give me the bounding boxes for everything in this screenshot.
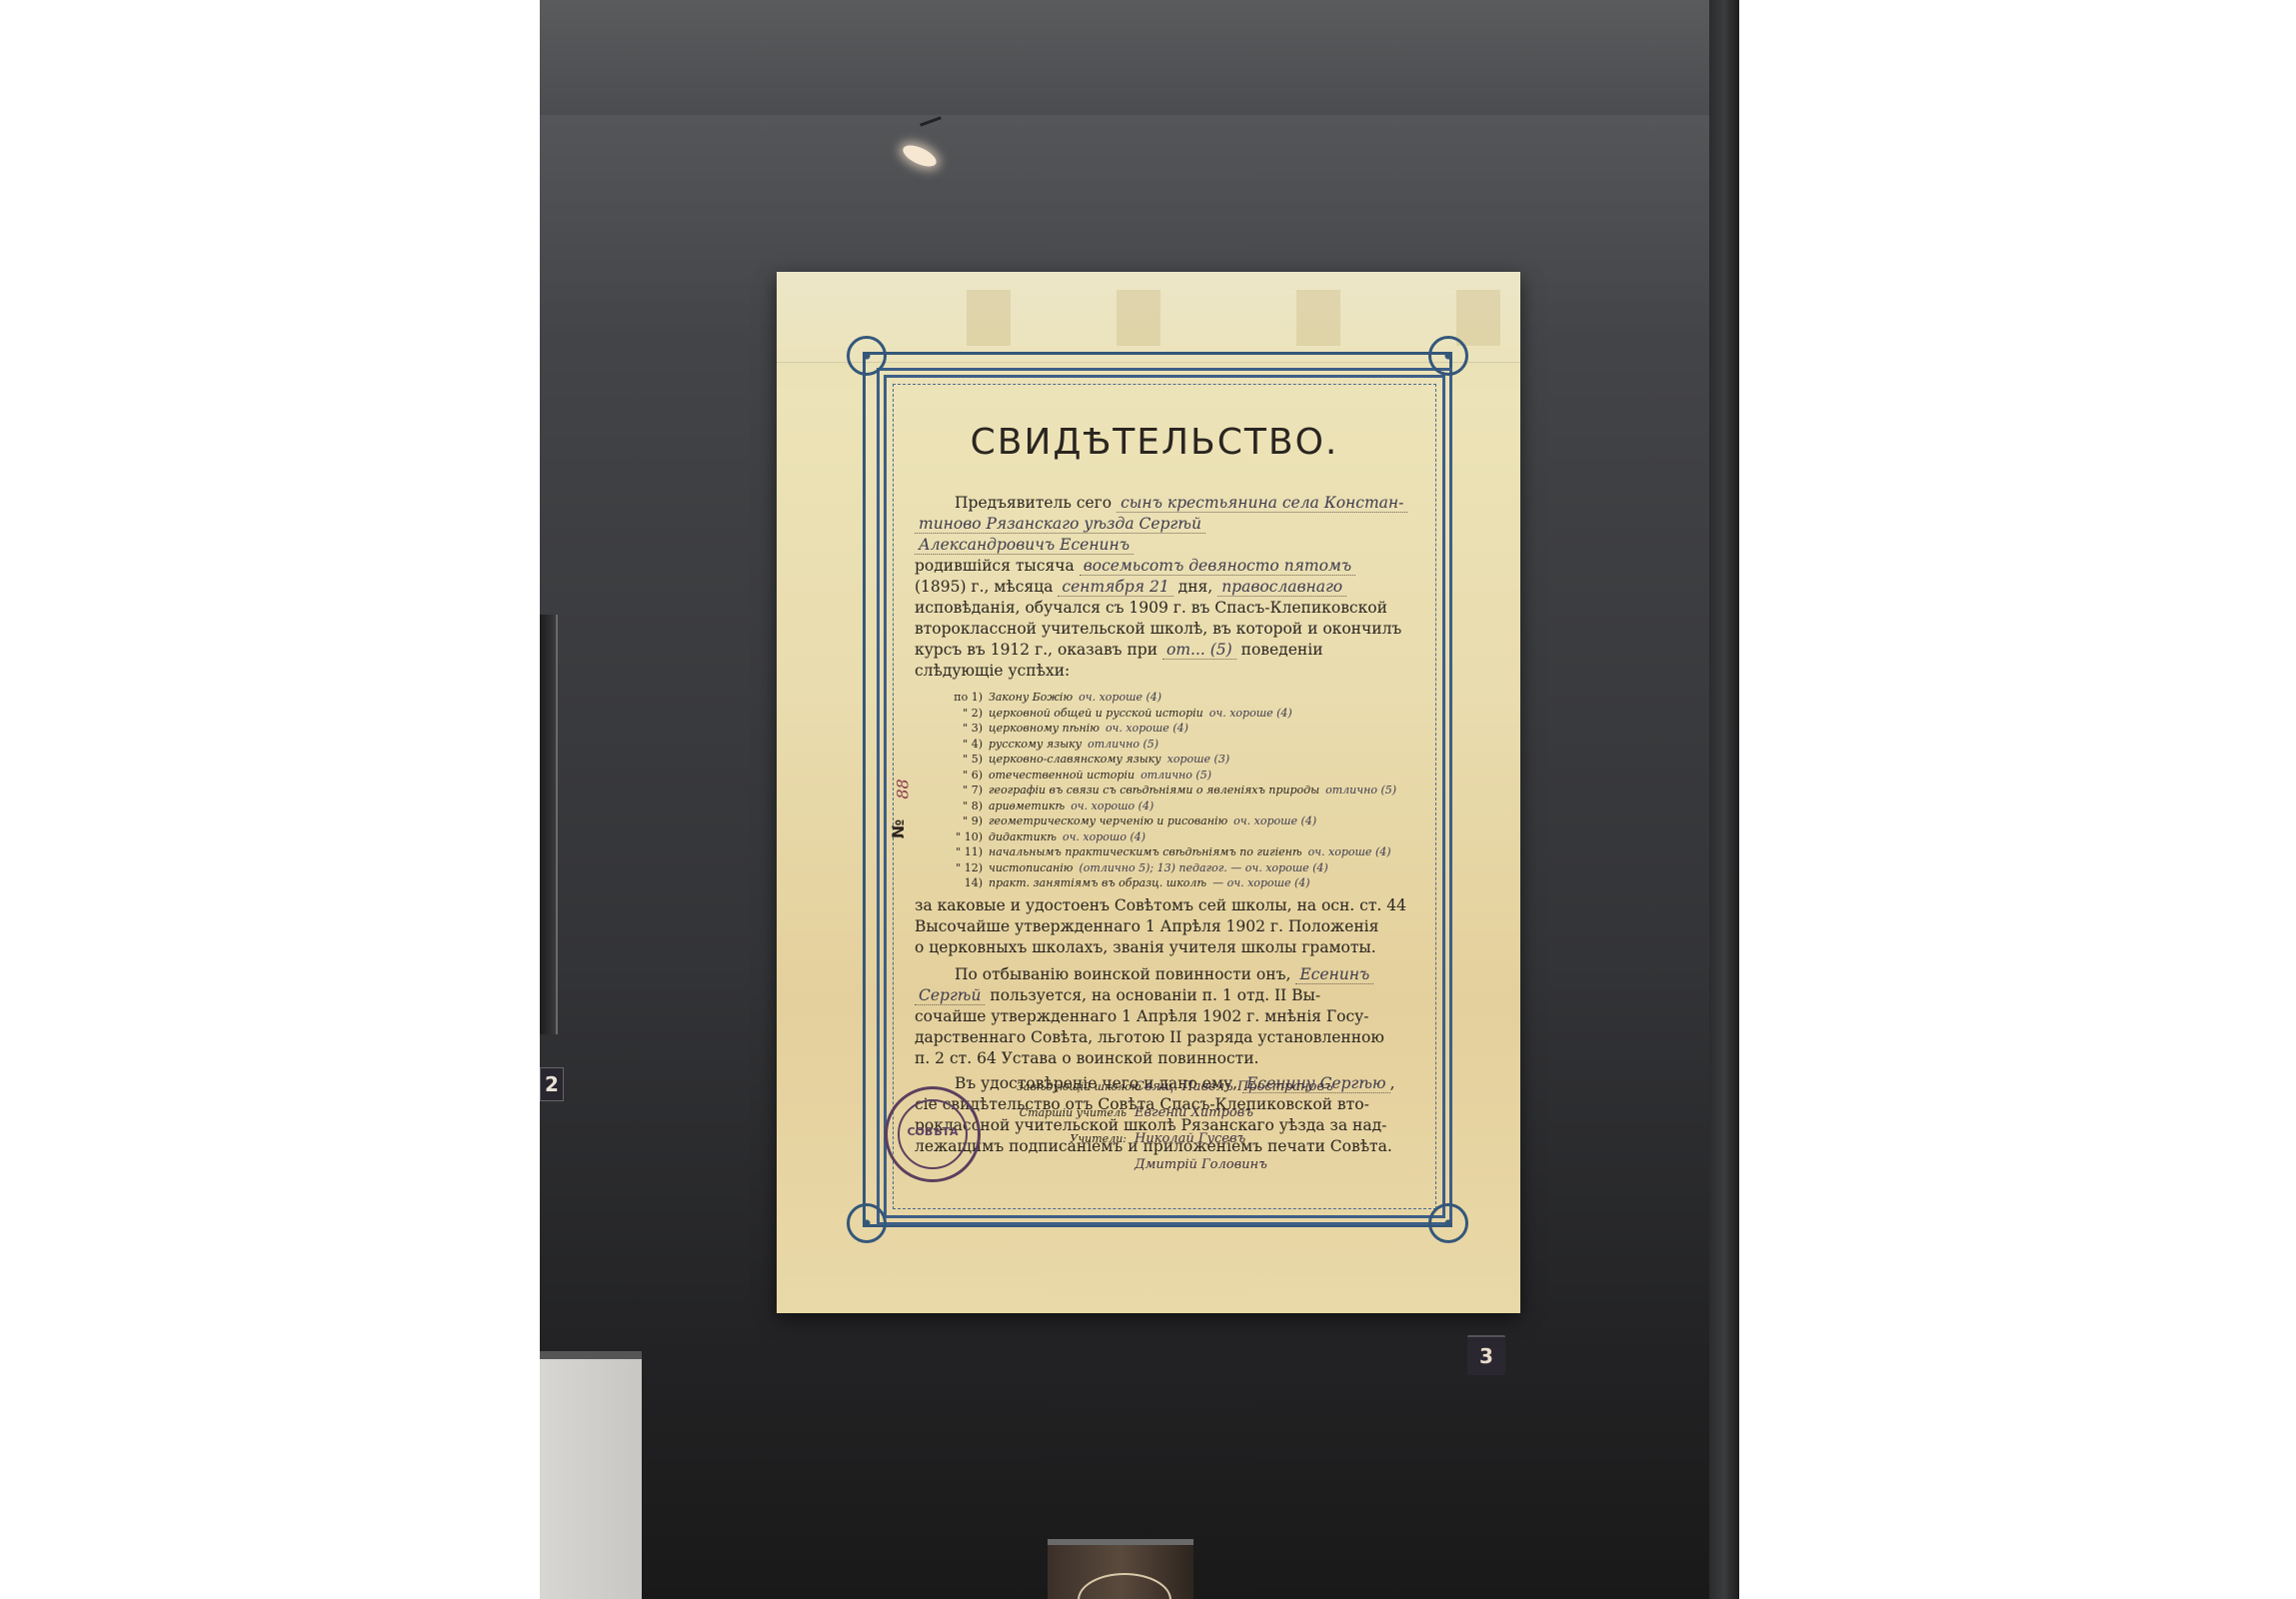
neighbor-paper-exhibit	[540, 1351, 642, 1599]
handwritten-text: православнаго	[1217, 578, 1346, 597]
certificate-document: № 88 СВИДѢТЕЛЬСТВО. Предъявитель сего сы…	[777, 272, 1520, 1313]
corner-scroll-ornament-icon	[1428, 1203, 1468, 1243]
subject-grade: оч. хороше (4)	[1100, 722, 1188, 735]
signature-row: Завѣдующій школоюСвящ. Павелъ Пространов…	[1017, 1079, 1396, 1105]
subject-grade: отлично (5)	[1082, 738, 1158, 751]
printed-text: По отбыванію воинской повинности онъ,	[955, 965, 1290, 983]
handwritten-text: от... (5)	[1162, 641, 1236, 660]
subject-row: " 8)ариѳметикѣоч. хорошо (4)	[935, 799, 1394, 814]
handwritten-text: сынъ крестьянина села Констан-	[1117, 494, 1407, 513]
corner-scroll-ornament-icon	[847, 336, 887, 376]
printed-text: пользуется, на основаніи п. 1 отд. II Вы…	[990, 986, 1320, 1004]
body-line: второклассной учительской школѣ, въ кото…	[915, 619, 1394, 640]
body-line: слѣдующіе успѣхи:	[915, 661, 1394, 682]
subject-name: географіи въ связи съ свѣдѣніями о явлен…	[983, 784, 1319, 797]
handwritten-text: тиново Рязанскаго уѣзда Сергѣй	[915, 515, 1205, 534]
subject-number: " 2)	[935, 706, 983, 722]
subject-grade: оч. хороше (4)	[1302, 845, 1391, 858]
corner-scroll-ornament-icon	[1428, 336, 1468, 376]
subject-row: " 6)отечественной исторіиотлично (5)	[935, 768, 1394, 784]
subject-name: начальнымъ практическимъ свѣдѣніямъ по г…	[983, 845, 1302, 858]
neighbor-frame-edge	[540, 615, 558, 1034]
registration-number-prefix: №	[889, 819, 908, 838]
subject-name: отечественной исторіи	[983, 769, 1135, 782]
subject-name: церковно-славянскому языку	[983, 753, 1161, 766]
subject-grade: оч. хорошо (4)	[1065, 799, 1153, 812]
mount-tape	[1117, 290, 1160, 346]
council-seal-stamp: СОВѢТА	[885, 1086, 981, 1182]
printed-text: поведеніи	[1241, 641, 1323, 659]
exhibit-number-label-2: 2	[540, 1067, 564, 1101]
body-line: По отбыванію воинской повинности онъ, Ес…	[915, 964, 1394, 985]
body-line: родившійся тысяча восемьсотъ девяносто п…	[915, 556, 1394, 577]
body-line: сочайше утвержденнаго 1 Апрѣля 1902 г. м…	[915, 1006, 1394, 1027]
handwritten-name: Александровичъ Есенинъ	[915, 536, 1134, 555]
subject-number: " 9)	[935, 813, 983, 829]
subject-row: " 12)чистописанію(отлично 5); 13) педаго…	[935, 860, 1394, 876]
subject-name: геометрическому черченію и рисованію	[983, 814, 1227, 827]
subject-number: " 10)	[935, 829, 983, 845]
handwritten-text: восемьсотъ девяносто пятомъ	[1080, 557, 1355, 576]
subject-row: " 7)географіи въ связи съ свѣдѣніями о я…	[935, 783, 1394, 799]
body-line: Высочайше утвержденнаго 1 Апрѣля 1902 г.…	[915, 916, 1394, 937]
signature: Николай Гусевъ	[1135, 1131, 1245, 1146]
certificate-title: СВИДѢТЕЛЬСТВО.	[915, 422, 1394, 463]
signature-row: Дмитрій Головинъ	[1017, 1157, 1396, 1183]
subject-grade: оч. хороше (4)	[1203, 707, 1292, 720]
body-line: о церковныхъ школахъ, званія учителя шко…	[915, 937, 1394, 958]
display-case-edge	[1709, 0, 1739, 1599]
printed-text: дня,	[1178, 578, 1213, 596]
subject-row: " 2)церковной общей и русской исторіиоч.…	[935, 706, 1394, 722]
mount-tape	[1296, 290, 1340, 346]
subjects-list: по 1)Закону Божіюоч. хороше (4)" 2)церко…	[915, 690, 1394, 891]
mount-tape	[967, 290, 1011, 346]
subject-number: " 8)	[935, 799, 983, 814]
body-line: дарственнаго Совѣта, льготою II разряда …	[915, 1027, 1394, 1048]
signature-role: Старшій учитель	[1017, 1106, 1135, 1119]
subject-row: " 11)начальнымъ практическимъ свѣдѣніямъ…	[935, 844, 1394, 860]
signature: Евгеній Хитровъ	[1135, 1105, 1253, 1120]
signature-role: Учители:	[1017, 1132, 1135, 1145]
signatures-block: Завѣдующій школоюСвящ. Павелъ Пространов…	[1017, 1079, 1396, 1183]
subject-grade: оч. хороше (4)	[1073, 691, 1161, 704]
subject-name: церковной общей и русской исторіи	[983, 707, 1203, 720]
subject-number: " 11)	[935, 844, 983, 860]
signature: Дмитрій Головинъ	[1135, 1157, 1267, 1172]
subject-name: чистописанію	[983, 861, 1073, 874]
body-line: Александровичъ Есенинъ	[915, 535, 1394, 556]
body-line: п. 2 ст. 64 Устава о воинской повинности…	[915, 1048, 1394, 1069]
subject-number: " 7)	[935, 783, 983, 799]
certificate-content: СВИДѢТЕЛЬСТВО. Предъявитель сего сынъ кр…	[915, 422, 1394, 1157]
subject-grade: (отлично 5); 13) педагог. — оч. хороше (…	[1073, 861, 1327, 874]
subject-row: " 4)русскому языкуотлично (5)	[935, 737, 1394, 753]
body-line: Предъявитель сего сынъ крестьянина села …	[915, 493, 1394, 514]
subject-number: " 6)	[935, 768, 983, 784]
subject-name: дидактикѣ	[983, 830, 1057, 843]
handwritten-text: Сергѣй	[915, 986, 985, 1005]
subject-row: " 9)геометрическому черченію и рисованію…	[935, 813, 1394, 829]
subject-grade: оч. хорошо (4)	[1057, 830, 1146, 843]
signature: Свящ. Павелъ Пространовъ	[1135, 1079, 1333, 1094]
subject-grade: хороше (3)	[1161, 753, 1230, 766]
signature-role: Завѣдующій школою	[1017, 1080, 1135, 1093]
body-line: Сергѣй пользуется, на основаніи п. 1 отд…	[915, 985, 1394, 1006]
body-line: за каковые и удостоенъ Совѣтомъ сей школ…	[915, 895, 1394, 916]
seal-center-text: СОВѢТА	[888, 1125, 978, 1138]
subject-grade: отлично (5)	[1319, 784, 1396, 797]
corner-scroll-ornament-icon	[847, 1203, 887, 1243]
subject-name: ариѳметикѣ	[983, 799, 1065, 812]
registration-number-handwritten: 88	[894, 779, 913, 799]
signature-row: Учители:Николай Гусевъ	[1017, 1131, 1396, 1157]
subject-grade: оч. хороше (4)	[1227, 814, 1316, 827]
subject-number: " 5)	[935, 752, 983, 768]
subject-number: " 12)	[935, 860, 983, 876]
printed-text: Предъявитель сего	[955, 494, 1112, 512]
subject-name: Закону Божію	[983, 691, 1073, 704]
exhibit-number-label-3: 3	[1467, 1335, 1505, 1375]
body-line: исповѣданія, обучался съ 1909 г. въ Спас…	[915, 598, 1394, 619]
subject-number: по 1)	[935, 690, 983, 706]
neighbor-box-exhibit	[1048, 1539, 1193, 1599]
subject-grade: — оч. хороше (4)	[1206, 876, 1309, 889]
subject-row: по 1)Закону Божіюоч. хороше (4)	[935, 690, 1394, 706]
subject-number: 14)	[935, 875, 983, 891]
body-line: курсъ въ 1912 г., оказавъ при от... (5) …	[915, 640, 1394, 661]
museum-display-photo: 2 3 № 88 СВИДѢТЕЛЬСТВО. Предъявитель сег…	[540, 0, 1739, 1599]
signature-row: Старшій учительЕвгеній Хитровъ	[1017, 1105, 1396, 1131]
printed-text: родившійся тысяча	[915, 557, 1075, 575]
subject-row: 14)практ. занятіямъ въ образц. школѣ— оч…	[935, 875, 1394, 891]
subject-row: " 3)церковному пѣніюоч. хороше (4)	[935, 721, 1394, 737]
subject-grade: отлично (5)	[1135, 769, 1211, 782]
body-line: тиново Рязанскаго уѣзда Сергѣй	[915, 514, 1394, 535]
printed-text: курсъ въ 1912 г., оказавъ при	[915, 641, 1157, 659]
subject-name: русскому языку	[983, 738, 1082, 751]
subject-number: " 3)	[935, 721, 983, 737]
printed-text: (1895) г., мѣсяца	[915, 578, 1053, 596]
subject-row: " 10)дидактикѣоч. хорошо (4)	[935, 829, 1394, 845]
body-line: (1895) г., мѣсяца сентября 21 дня, право…	[915, 577, 1394, 598]
subject-name: церковному пѣнію	[983, 722, 1100, 735]
mount-tape	[1456, 290, 1500, 346]
subject-name: практ. занятіямъ въ образц. школѣ	[983, 876, 1206, 889]
subject-number: " 4)	[935, 737, 983, 753]
subject-row: " 5)церковно-славянскому языкухороше (3)	[935, 752, 1394, 768]
handwritten-date: сентября 21	[1058, 578, 1172, 597]
handwritten-text: Есенинъ	[1295, 965, 1373, 984]
